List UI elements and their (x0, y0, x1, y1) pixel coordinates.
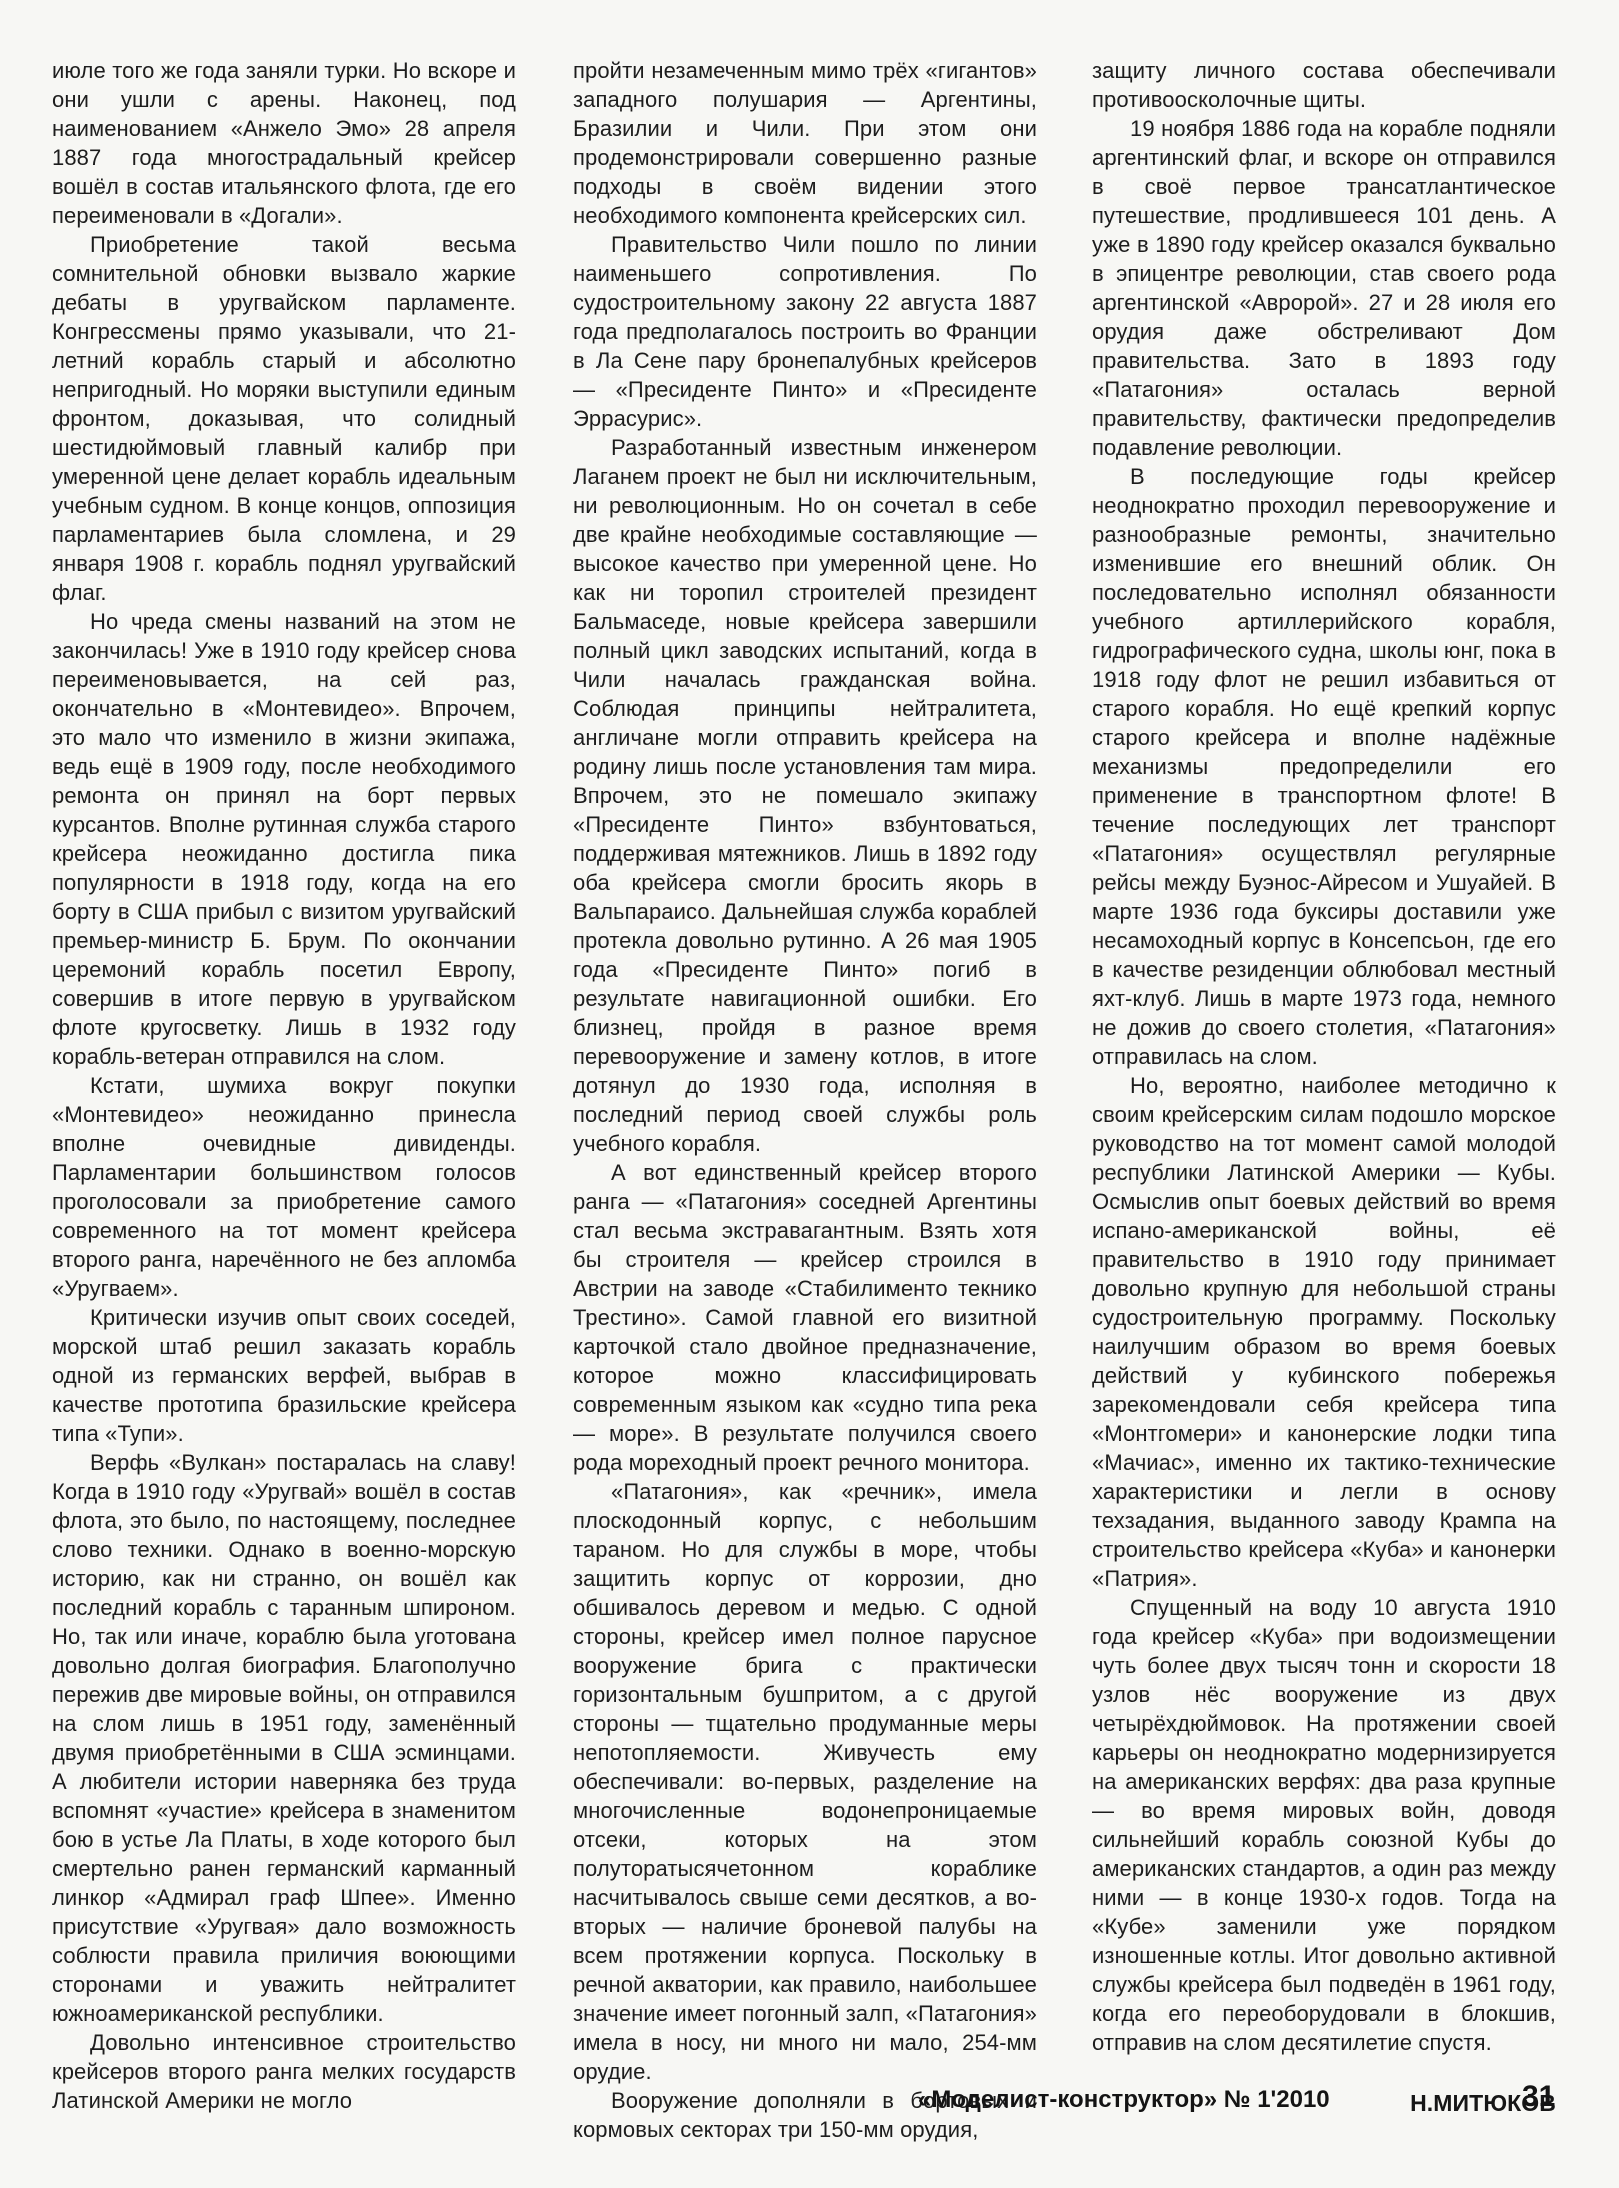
paragraph: Разработанный известным инженером Лагане… (573, 433, 1037, 1158)
paragraph: защиту личного состава обеспечивали прот… (1092, 56, 1556, 114)
magazine-page: июле того же года заняли турки. Но вскор… (0, 0, 1619, 2188)
paragraph: пройти незамеченным мимо трёх «гигантов»… (573, 56, 1037, 230)
text-column-2: пройти незамеченным мимо трёх «гигантов»… (573, 56, 1037, 2144)
paragraph: Довольно интенсивное строительство крейс… (52, 2028, 516, 2115)
text-column-3: защиту личного состава обеспечивали прот… (1092, 56, 1556, 2118)
footer-journal-title: «Моделист-конструктор» № 1'2010 (918, 2086, 1330, 2114)
paragraph: Критически изучив опыт своих соседей, мо… (52, 1303, 516, 1448)
paragraph: Но, вероятно, наиболее методично к своим… (1092, 1071, 1556, 1593)
paragraph: июле того же года заняли турки. Но вскор… (52, 56, 516, 230)
paragraph: Верфь «Вулкан» постаралась на славу! Ког… (52, 1448, 516, 2028)
paragraph: Приобретение такой весьма сомнительной о… (52, 230, 516, 607)
footer-page-number: 31 (1522, 2080, 1555, 2114)
paragraph: Но чреда смены названий на этом не закон… (52, 607, 516, 1071)
paragraph: Спущенный на воду 10 августа 1910 года к… (1092, 1593, 1556, 2057)
paragraph: 19 ноября 1886 года на корабле подняли а… (1092, 114, 1556, 462)
text-column-1: июле того же года заняли турки. Но вскор… (52, 56, 516, 2115)
paragraph: «Патагония», как «речник», имела плоскод… (573, 1477, 1037, 2086)
paragraph: А вот единственный крейсер второго ранга… (573, 1158, 1037, 1477)
paragraph: Кстати, шумиха вокруг покупки «Монтевиде… (52, 1071, 516, 1303)
paragraph: В последующие годы крейсер неоднократно … (1092, 462, 1556, 1071)
paragraph: Правительство Чили пошло по линии наимен… (573, 230, 1037, 433)
